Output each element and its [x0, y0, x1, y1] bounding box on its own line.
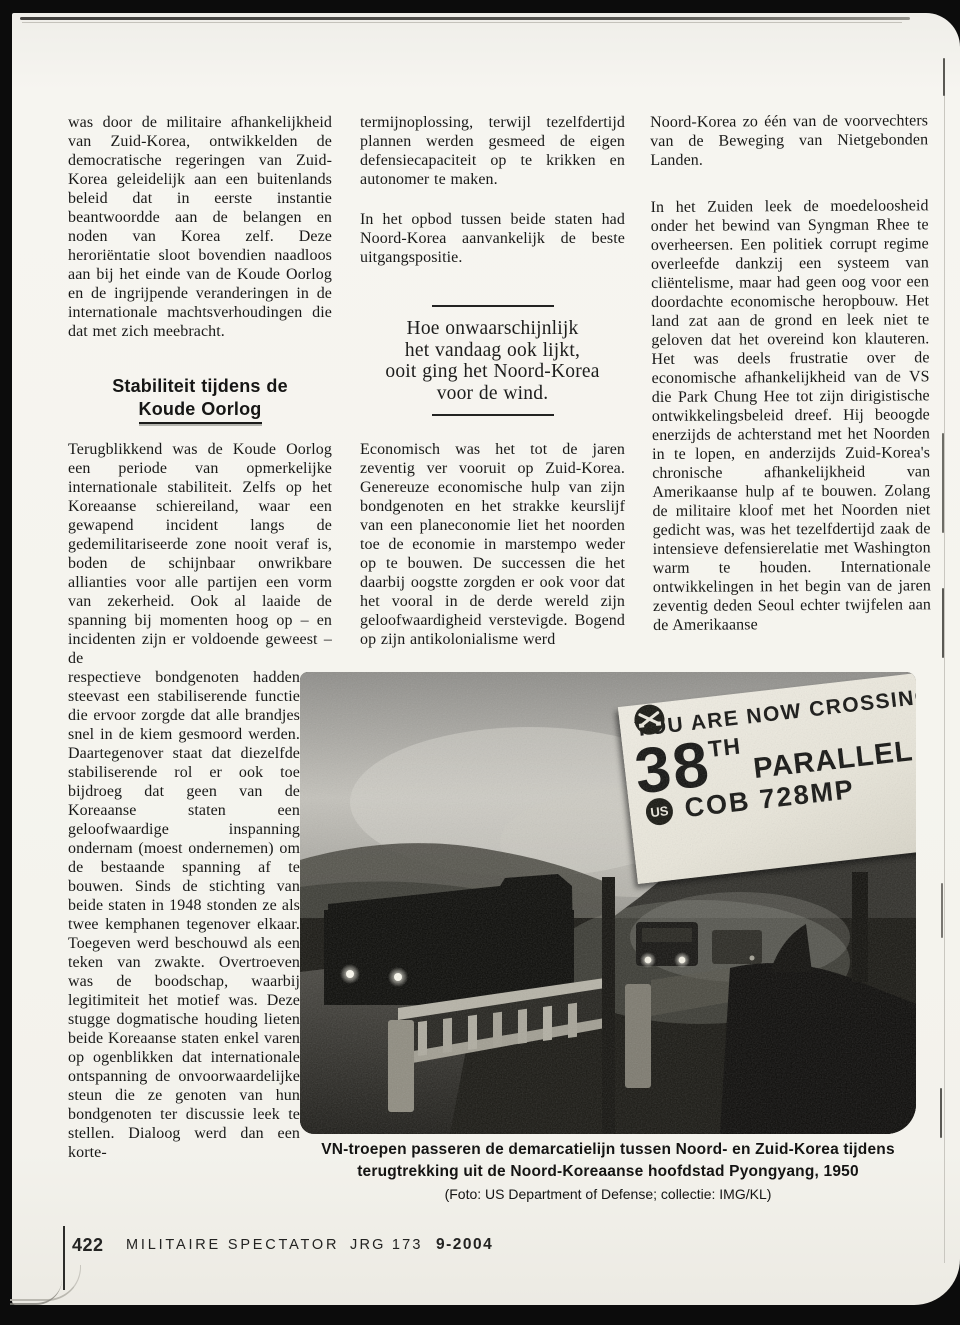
scan-artifact [20, 17, 910, 20]
caption-credit: (Foto: US Department of Defense; collect… [307, 1183, 909, 1205]
pull-quote-line: ooit ging het Noord-Korea [360, 361, 625, 383]
scan-artifact [940, 1088, 942, 1138]
section-heading: Stabiliteit tijdens de Koude Oorlog [68, 375, 332, 424]
section-heading-line1: Stabiliteit tijdens de [112, 376, 288, 396]
body-paragraph: Terugblikkend was de Koude Oorlog een pe… [68, 440, 332, 668]
caption-line2: terugtrekking uit de Noord-Koreaanse hoo… [307, 1161, 909, 1183]
body-paragraph: Economisch was het tot de jaren zeventig… [360, 440, 625, 649]
sign-post [852, 872, 868, 982]
body-paragraph: In het opbod tussen beide staten had Noo… [360, 210, 625, 267]
scan-artifact [942, 588, 944, 658]
pull-quote: Hoe onwaarschijnlijk het vandaag ook lij… [360, 305, 625, 416]
caption-line1: VN-troepen passeren de demarcatielijn tu… [307, 1139, 909, 1161]
pull-quote-rule-bottom [432, 414, 554, 416]
body-paragraph: In het Zuiden leek de moedeloosheid onde… [651, 196, 932, 635]
scan-artifact [943, 58, 945, 96]
column-3: Noord-Korea zo één van de voorvechters v… [650, 111, 931, 635]
page-number: 422 [72, 1235, 104, 1256]
section-heading-line2: Koude Oorlog [139, 398, 262, 424]
body-paragraph-wrapped: respectieve bondgenoten hadden steevast … [68, 668, 300, 1162]
distant-truck [636, 922, 698, 968]
photo-38th-parallel: YOU ARE NOW CROSSING 38 TH PARALLEL US C… [300, 672, 916, 1134]
pull-quote-line: het vandaag ook lijkt, [360, 340, 625, 362]
telegraph-pole [602, 877, 615, 1134]
crossed-pistols-icon [632, 702, 667, 737]
pull-quote-line: voor de wind. [360, 383, 625, 405]
volume-label: JRG 173 [350, 1237, 423, 1253]
distant-truck-2 [712, 930, 762, 964]
column-1: was door de militaire afhankelijkheid va… [68, 113, 332, 1162]
pull-quote-rule-top [432, 305, 554, 307]
body-paragraph: termijnoplossing, terwijl tezelfdertijd … [360, 113, 625, 189]
sign-superscript-th: TH [707, 733, 743, 764]
pull-quote-line: Hoe onwaarschijnlijk [360, 318, 625, 340]
scanned-page: was door de militaire afhankelijkheid va… [12, 13, 960, 1305]
38th-parallel-sign: YOU ARE NOW CROSSING 38 TH PARALLEL US C… [618, 673, 916, 884]
scan-artifact [941, 883, 943, 938]
body-paragraph: was door de militaire afhankelijkheid va… [68, 113, 332, 341]
scan-artifact [942, 433, 944, 533]
body-paragraph: Noord-Korea zo één van de voorvechters v… [650, 111, 928, 170]
scan-artifact [22, 22, 902, 23]
issue-label: 9-2004 [436, 1236, 493, 1254]
column-2: termijnoplossing, terwijl tezelfdertijd … [360, 113, 625, 649]
footer-rule [63, 1226, 65, 1290]
scan-artifact [944, 73, 945, 1263]
photo-caption: VN-troepen passeren de demarcatielijn tu… [307, 1139, 909, 1205]
magazine-title: MILITAIRE SPECTATOR [126, 1237, 339, 1253]
